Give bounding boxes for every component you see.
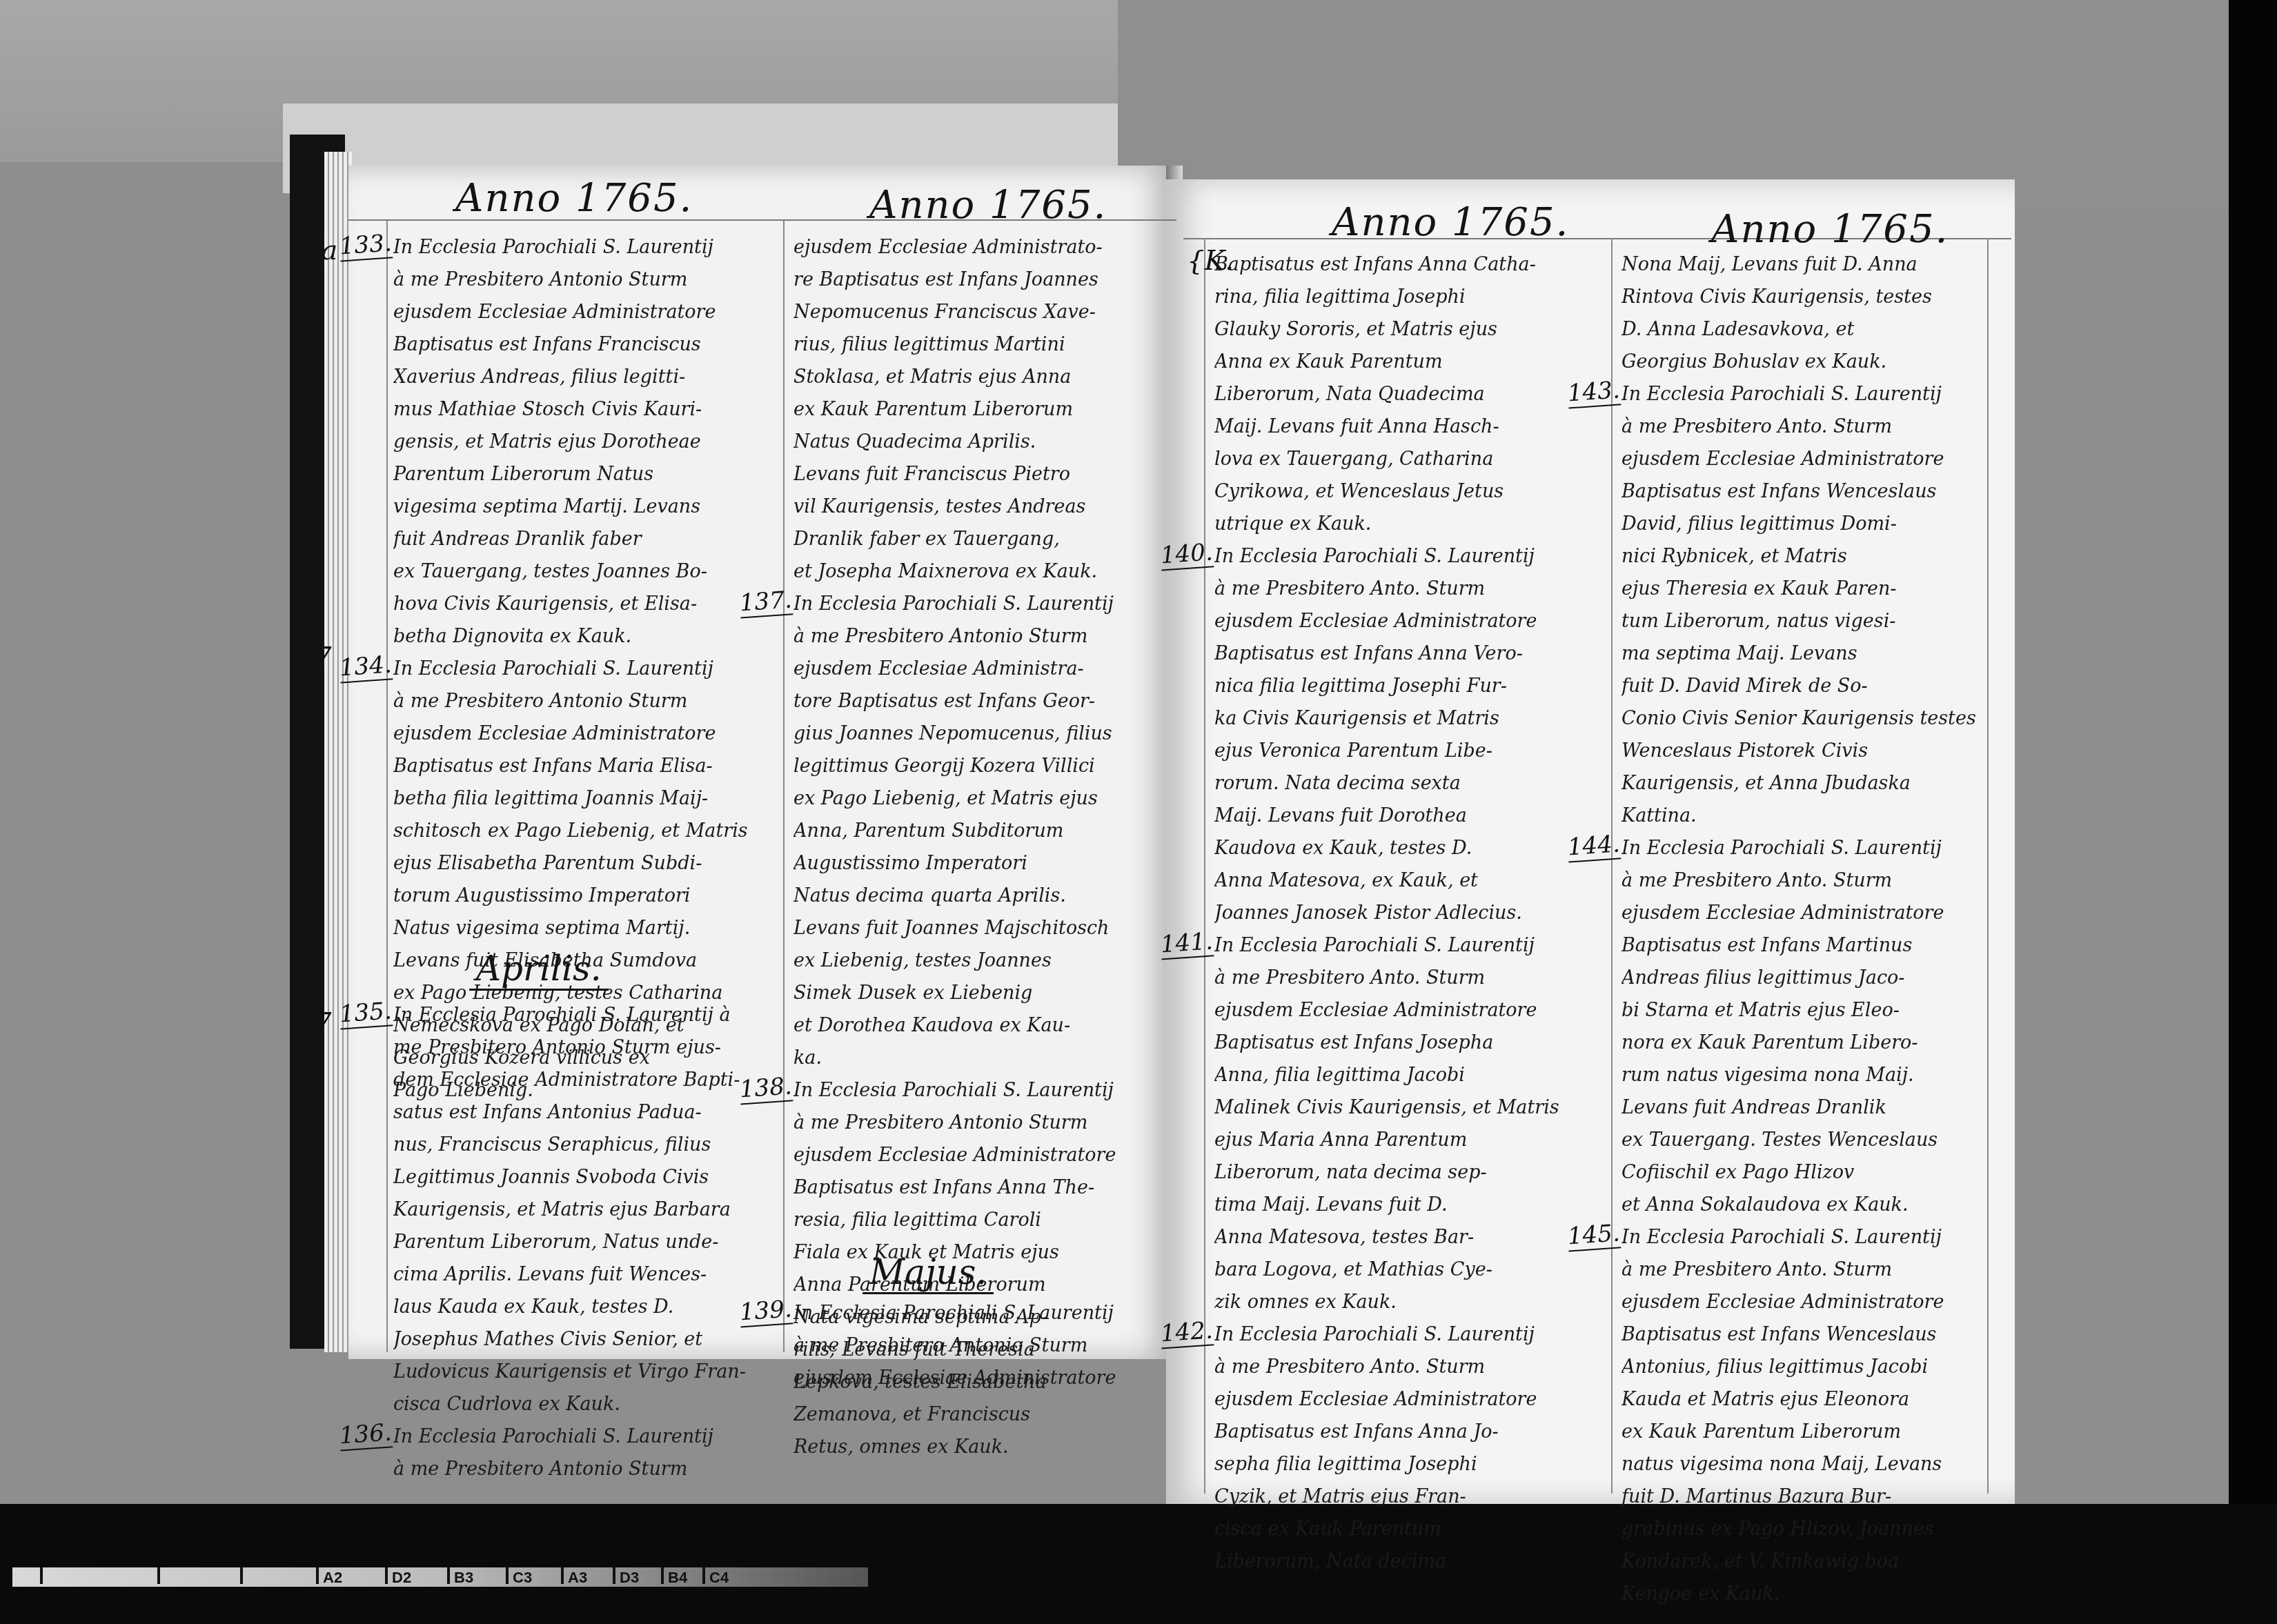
scale-tick bbox=[385, 1567, 388, 1584]
entry-line: Nepomucenus Franciscus Xave- bbox=[793, 296, 1166, 328]
entry-number: 142. bbox=[1160, 1316, 1214, 1349]
entry-line: ex Kauk Parentum Liberorum bbox=[793, 393, 1166, 426]
entry-number: 140. bbox=[1160, 538, 1214, 571]
entry-line: ma septima Maij. Levans bbox=[1621, 637, 1984, 670]
entry-line: ex Tauergang, testes Joannes Bo- bbox=[393, 555, 776, 588]
scale-label: C4 bbox=[709, 1569, 729, 1587]
entry-line: rorum. Nata decima sexta bbox=[1214, 767, 1604, 800]
entry-line: gius Joannes Nepomucenus, filius bbox=[793, 717, 1166, 750]
entry-line: ejus Elisabetha Parentum Subdi- bbox=[393, 847, 776, 880]
entry-line: Anna Matesova, ex Kauk, et bbox=[1214, 864, 1604, 897]
register-entry: 136. In Ecclesia Parochiali S. Laurentij… bbox=[393, 1420, 776, 1485]
left-page-column-2-lower: 139. In Ecclesia Parochiali S. Laurentij… bbox=[793, 1297, 1166, 1394]
entry-line: D. Anna Ladesavkova, et bbox=[1621, 313, 1984, 346]
register-entry: 144. In Ecclesia Parochiali S. Laurentij… bbox=[1621, 832, 1984, 1221]
entry-line: zik omnes ex Kauk. bbox=[1214, 1286, 1604, 1318]
entry-line: betha filia legittima Joannis Maij- bbox=[393, 782, 776, 815]
entry-line: ejusdem Ecclesiae Administrato- bbox=[793, 231, 1166, 264]
entry-line: fuit D. Martinus Bazura Bur- bbox=[1621, 1481, 1984, 1513]
entry-line: Kattina. bbox=[1621, 800, 1984, 832]
entry-number: 139. bbox=[739, 1295, 793, 1327]
entry-line: rina, filia legittima Josephi bbox=[1214, 281, 1604, 313]
entry-line: et Josepha Maixnerova ex Kauk. bbox=[793, 555, 1166, 588]
entry-line: In Ecclesia Parochiali S. Laurentij bbox=[793, 1074, 1166, 1107]
entry-line: dem Ecclesiae Administratore Bapti- bbox=[393, 1064, 776, 1096]
entry-number: 133. bbox=[339, 229, 393, 261]
entry-line: Anna, Parentum Subditorum bbox=[793, 815, 1166, 847]
scan-background-right bbox=[1118, 0, 2277, 207]
entry-line: torum Augustissimo Imperatori bbox=[393, 880, 776, 912]
entry-line: Xaverius Andreas, filius legitti- bbox=[393, 361, 776, 393]
entry-line: Kaurigensis, et Anna Jbudaska bbox=[1621, 767, 1984, 800]
register-entry: 133. In Ecclesia Parochiali S. Laurentij… bbox=[393, 231, 776, 653]
margin-note: 7 bbox=[314, 642, 331, 673]
entry-line: ejusdem Ecclesiae Administratore bbox=[393, 717, 776, 750]
register-entry: Baptisatus est Infans Anna Catha- rina, … bbox=[1214, 248, 1604, 540]
entry-number: 143. bbox=[1567, 376, 1621, 408]
entry-line: re Baptisatus est Infans Joannes bbox=[793, 264, 1166, 296]
entry-line: betha Dignovita ex Kauk. bbox=[393, 620, 776, 653]
entry-line: Baptisatus est Infans Maria Elisa- bbox=[393, 750, 776, 782]
scale-tick bbox=[702, 1567, 705, 1584]
entry-line: In Ecclesia Parochiali S. Laurentij bbox=[793, 1297, 1166, 1329]
entry-line: sepha filia legittima Josephi bbox=[1214, 1448, 1604, 1481]
entry-line: utrique ex Kauk. bbox=[1214, 508, 1604, 540]
month-heading: Aprilis. bbox=[469, 949, 609, 991]
scale-label: D2 bbox=[392, 1569, 411, 1587]
scale-tick bbox=[661, 1567, 664, 1584]
entry-line: à me Presbitero Anto. Sturm bbox=[1214, 573, 1604, 605]
entry-line: ex Pago Liebenig, et Matris ejus bbox=[793, 782, 1166, 815]
entry-line: mus Mathiae Stosch Civis Kauri- bbox=[393, 393, 776, 426]
margin-note: 7 bbox=[314, 1007, 331, 1039]
page-edges bbox=[324, 152, 352, 1352]
entry-line: In Ecclesia Parochiali S. Laurentij bbox=[1621, 1221, 1984, 1254]
entry-line: In Ecclesia Parochiali S. Laurentij bbox=[1214, 929, 1604, 962]
page-heading-year: Anno 1765. bbox=[1332, 200, 1569, 245]
entry-line: vigesima septima Martij. Levans bbox=[393, 491, 776, 523]
entry-line: Stoklasa, et Matris ejus Anna bbox=[793, 361, 1166, 393]
entry-line: Antonius, filius legittimus Jacobi bbox=[1621, 1351, 1984, 1383]
entry-line: gensis, et Matris ejus Dorotheae bbox=[393, 426, 776, 458]
entry-line: Anna ex Kauk Parentum bbox=[1214, 346, 1604, 378]
entry-number: 145. bbox=[1567, 1219, 1621, 1251]
entry-line: cima Aprilis. Levans fuit Wences- bbox=[393, 1258, 776, 1291]
entry-line: à me Presbitero Antonio Sturm bbox=[393, 264, 776, 296]
entry-line: satus est Infans Antonius Padua- bbox=[393, 1096, 776, 1129]
scale-tick bbox=[240, 1567, 243, 1584]
scale-tick bbox=[506, 1567, 509, 1584]
scale-tick bbox=[40, 1567, 43, 1584]
entry-number: 134. bbox=[339, 651, 393, 683]
entry-line: bara Logova, et Mathias Cye- bbox=[1214, 1254, 1604, 1286]
entry-line: Levans fuit Joannes Majschitosch bbox=[793, 912, 1166, 944]
entry-number: 141. bbox=[1160, 927, 1214, 960]
scale-label: D3 bbox=[620, 1569, 639, 1587]
entry-line: ejusdem Ecclesiae Administratore bbox=[1214, 1383, 1604, 1416]
register-entry: 139. In Ecclesia Parochiali S. Laurentij… bbox=[793, 1297, 1166, 1394]
entry-line: ejus Theresia ex Kauk Paren- bbox=[1621, 573, 1984, 605]
entry-line: cisca Cudrlova ex Kauk. bbox=[393, 1388, 776, 1420]
entry-line: ex Tauergang. Testes Wenceslaus bbox=[1621, 1124, 1984, 1156]
entry-line: Kaurigensis, et Matris ejus Barbara bbox=[393, 1194, 776, 1226]
entry-line: Maij. Levans fuit Dorothea bbox=[1214, 800, 1604, 832]
entry-number: 144. bbox=[1567, 830, 1621, 862]
scale-tick bbox=[447, 1567, 450, 1584]
register-entry: 145. In Ecclesia Parochiali S. Laurentij… bbox=[1621, 1221, 1984, 1610]
entry-line: ejus Veronica Parentum Libe- bbox=[1214, 735, 1604, 767]
entry-line: natus vigesima nona Maij, Levans bbox=[1621, 1448, 1984, 1481]
register-entry: 140. In Ecclesia Parochiali S. Laurentij… bbox=[1214, 540, 1604, 929]
entry-line: ka. bbox=[793, 1042, 1166, 1074]
entry-line: Baptisatus est Infans Josepha bbox=[1214, 1027, 1604, 1059]
entry-line: Anna Matesova, testes Bar- bbox=[1214, 1221, 1604, 1254]
microfilm-scale-strip: A2 D2 B3 C3 A3 D3 B4 C4 bbox=[12, 1567, 868, 1587]
entry-line: Malinek Civis Kaurigensis, et Matris bbox=[1214, 1091, 1604, 1124]
column-rule bbox=[783, 221, 785, 1352]
column-rule bbox=[386, 221, 388, 1352]
entry-line: In Ecclesia Parochiali S. Laurentij bbox=[1621, 378, 1984, 410]
entry-line: Kaudova ex Kauk, testes D. bbox=[1214, 832, 1604, 864]
entry-line: Josephus Mathes Civis Senior, et bbox=[393, 1323, 776, 1356]
register-entry: 141. In Ecclesia Parochiali S. Laurentij… bbox=[1214, 929, 1604, 1318]
page-heading-year: Anno 1765. bbox=[455, 176, 693, 221]
entry-line: resia, filia legittima Caroli bbox=[793, 1204, 1166, 1236]
entry-line: Natus decima quarta Aprilis. bbox=[793, 880, 1166, 912]
entry-line: ejusdem Ecclesiae Administratore bbox=[393, 296, 776, 328]
entry-line: à me Presbitero Anto. Sturm bbox=[1214, 1351, 1604, 1383]
column-rule bbox=[1204, 238, 1205, 1494]
entry-line: nici Rybnicek, et Matris bbox=[1621, 540, 1984, 573]
entry-line: In Ecclesia Parochiali S. Laurentij bbox=[1214, 540, 1604, 573]
entry-line: Liberorum, Nata decima bbox=[1214, 1545, 1604, 1578]
entry-line: à me Presbitero Anto. Sturm bbox=[1621, 864, 1984, 897]
entry-line: laus Kauda ex Kauk, testes D. bbox=[393, 1291, 776, 1323]
entry-line: nora ex Kauk Parentum Libero- bbox=[1621, 1027, 1984, 1059]
entry-line: à me Presbitero Anto. Sturm bbox=[1621, 1254, 1984, 1286]
entry-line: ejusdem Ecclesiae Administratore bbox=[793, 1362, 1166, 1394]
entry-line: Zemanova, et Franciscus bbox=[793, 1398, 1166, 1431]
film-border-right bbox=[2229, 0, 2277, 1559]
right-page-column-2: Nona Maij, Levans fuit D. Anna Rintova C… bbox=[1621, 248, 1984, 1610]
entry-line: Natus Quadecima Aprilis. bbox=[793, 426, 1166, 458]
entry-line: Kengoe ex Kauk. bbox=[1621, 1578, 1984, 1610]
entry-line: cisca ex Kauk Parentum bbox=[1214, 1513, 1604, 1545]
entry-line: legittimus Georgij Kozera Villici bbox=[793, 750, 1166, 782]
page-heading-year: Anno 1765. bbox=[869, 183, 1107, 228]
entry-line: hova Civis Kaurigensis, et Elisa- bbox=[393, 588, 776, 620]
entry-line: ejus Maria Anna Parentum bbox=[1214, 1124, 1604, 1156]
entry-line: Baptisatus est Infans Wenceslaus bbox=[1621, 475, 1984, 508]
entry-line: In Ecclesia Parochiali S. Laurentij bbox=[393, 231, 776, 264]
entry-line: ex Liebenig, testes Joannes bbox=[793, 944, 1166, 977]
entry-line: fuit Andreas Dranlik faber bbox=[393, 523, 776, 555]
entry-line: Simek Dusek ex Liebenig bbox=[793, 977, 1166, 1009]
entry-line: à me Presbitero Antonio Sturm bbox=[793, 1107, 1166, 1139]
entry-line: In Ecclesia Parochiali S. Laurentij bbox=[393, 653, 776, 685]
entry-line: bi Starna et Matris ejus Eleo- bbox=[1621, 994, 1984, 1027]
entry-line: rius, filius legittimus Martini bbox=[793, 328, 1166, 361]
entry-line: tum Liberorum, natus vigesi- bbox=[1621, 605, 1984, 637]
entry-line: fuit D. David Mirek de So- bbox=[1621, 670, 1984, 702]
entry-line: Legittimus Joannis Svoboda Civis bbox=[393, 1161, 776, 1194]
entry-line: In Ecclesia Parochiali S. Laurentij à bbox=[393, 999, 776, 1031]
entry-line: In Ecclesia Parochiali S. Laurentij bbox=[1214, 1318, 1604, 1351]
entry-line: Levans fuit Franciscus Pietro bbox=[793, 458, 1166, 491]
entry-line: et Anna Sokalaudova ex Kauk. bbox=[1621, 1189, 1984, 1221]
entry-line: tima Maij. Levans fuit D. bbox=[1214, 1189, 1604, 1221]
entry-line: nus, Franciscus Seraphicus, filius bbox=[393, 1129, 776, 1161]
entry-line: tore Baptisatus est Infans Geor- bbox=[793, 685, 1166, 717]
entry-line: Glauky Sororis, et Matris ejus bbox=[1214, 313, 1604, 346]
entry-line: David, filius legittimus Domi- bbox=[1621, 508, 1984, 540]
entry-line: Wenceslaus Pistorek Civis bbox=[1621, 735, 1984, 767]
scale-label: C3 bbox=[513, 1569, 532, 1587]
scale-label: A2 bbox=[323, 1569, 342, 1587]
register-entry: 137. In Ecclesia Parochiali S. Laurentij… bbox=[793, 588, 1166, 1074]
entry-number: 138. bbox=[739, 1072, 793, 1105]
scale-tick bbox=[157, 1567, 160, 1584]
entry-line: Andreas filius legittimus Jaco- bbox=[1621, 962, 1984, 994]
entry-line: et Dorothea Kaudova ex Kau- bbox=[793, 1009, 1166, 1042]
entry-line: à me Presbitero Antonio Sturm bbox=[793, 620, 1166, 653]
left-page-column-1-lower: 135. In Ecclesia Parochiali S. Laurentij… bbox=[393, 999, 776, 1485]
entry-line: Levans fuit Andreas Dranlik bbox=[1621, 1091, 1984, 1124]
entry-line: Anna, filia legittima Jacobi bbox=[1214, 1059, 1604, 1091]
entry-line: à me Presbitero Antonio Sturm bbox=[393, 1453, 776, 1485]
entry-line: Baptisatus est Infans Anna Catha- bbox=[1214, 248, 1604, 281]
entry-line: rum natus vigesima nona Maij. bbox=[1621, 1059, 1984, 1091]
entry-line: Liberorum, nata decima sep- bbox=[1214, 1156, 1604, 1189]
entry-line: Cyzik, et Matris ejus Fran- bbox=[1214, 1481, 1604, 1513]
entry-number: 135. bbox=[339, 997, 393, 1029]
entry-line: ka Civis Kaurigensis et Matris bbox=[1214, 702, 1604, 735]
entry-line: Cofiischil ex Pago Hlizov bbox=[1621, 1156, 1984, 1189]
entry-line: à me Presbitero Antonio Sturm bbox=[393, 685, 776, 717]
entry-line: In Ecclesia Parochiali S. Laurentij bbox=[393, 1420, 776, 1453]
entry-line: Baptisatus est Infans Franciscus bbox=[393, 328, 776, 361]
entry-line: Baptisatus est Infans Wenceslaus bbox=[1621, 1318, 1984, 1351]
scale-label: A3 bbox=[568, 1569, 587, 1587]
entry-line: Kauda et Matris ejus Eleonora bbox=[1621, 1383, 1984, 1416]
entry-line: ejusdem Ecclesiae Administratore bbox=[1214, 994, 1604, 1027]
scale-tick bbox=[561, 1567, 564, 1584]
register-entry: ejusdem Ecclesiae Administrato- re Bapti… bbox=[793, 231, 1166, 588]
entry-line: Nona Maij, Levans fuit D. Anna bbox=[1621, 248, 1984, 281]
entry-line: Georgius Bohuslav ex Kauk. bbox=[1621, 346, 1984, 378]
register-entry: 143. In Ecclesia Parochiali S. Laurentij… bbox=[1621, 378, 1984, 832]
entry-line: ejusdem Ecclesiae Administratore bbox=[793, 1139, 1166, 1171]
entry-line: Natus vigesima septima Martij. bbox=[393, 912, 776, 944]
entry-line: Dranlik faber ex Tauergang, bbox=[793, 523, 1166, 555]
entry-line: nica filia legittima Josephi Fur- bbox=[1214, 670, 1604, 702]
entry-line: In Ecclesia Parochiali S. Laurentij bbox=[1621, 832, 1984, 864]
entry-line: Baptisatus est Infans Martinus bbox=[1621, 929, 1984, 962]
entry-line: lova ex Tauergang, Catharina bbox=[1214, 443, 1604, 475]
entry-number: 137. bbox=[739, 586, 793, 618]
month-heading: Majus. bbox=[862, 1252, 994, 1294]
column-rule bbox=[1987, 238, 1989, 1494]
entry-line: Parentum Liberorum, Natus unde- bbox=[393, 1226, 776, 1258]
entry-line: me Presbitero Antonio Sturm ejus- bbox=[393, 1031, 776, 1064]
entry-line: vil Kaurigensis, testes Andreas bbox=[793, 491, 1166, 523]
entry-line: à me Presbitero Anto. Sturm bbox=[1214, 962, 1604, 994]
margin-note: 7a bbox=[304, 235, 337, 266]
entry-line: Conio Civis Senior Kaurigensis testes bbox=[1621, 702, 1984, 735]
entry-line: Rintova Civis Kaurigensis, testes bbox=[1621, 281, 1984, 313]
entry-line: Augustissimo Imperatori bbox=[793, 847, 1166, 880]
scale-label: B4 bbox=[668, 1569, 687, 1587]
entry-number: 136. bbox=[339, 1418, 393, 1451]
entry-line: ejusdem Ecclesiae Administratore bbox=[1621, 897, 1984, 929]
entry-line: Ludovicus Kaurigensis et Virgo Fran- bbox=[393, 1356, 776, 1388]
register-entry: 142. In Ecclesia Parochiali S. Laurentij… bbox=[1214, 1318, 1604, 1578]
entry-line: Liberorum, Nata Quadecima bbox=[1214, 378, 1604, 410]
entry-line: Baptisatus est Infans Anna Jo- bbox=[1214, 1416, 1604, 1448]
entry-line: ex Kauk Parentum Liberorum bbox=[1621, 1416, 1984, 1448]
entry-line: à me Presbitero Antonio Sturm bbox=[793, 1329, 1166, 1362]
entry-line: Parentum Liberorum Natus bbox=[393, 458, 776, 491]
entry-line: Retus, omnes ex Kauk. bbox=[793, 1431, 1166, 1463]
entry-line: In Ecclesia Parochiali S. Laurentij bbox=[793, 588, 1166, 620]
entry-line: ejusdem Ecclesiae Administratore bbox=[1214, 605, 1604, 637]
entry-line: Maij. Levans fuit Anna Hasch- bbox=[1214, 410, 1604, 443]
register-entry: 135. In Ecclesia Parochiali S. Laurentij… bbox=[393, 999, 776, 1420]
entry-line: Cyrikowa, et Wenceslaus Jetus bbox=[1214, 475, 1604, 508]
entry-line: ejusdem Ecclesiae Administratore bbox=[1621, 1286, 1984, 1318]
scale-tick bbox=[316, 1567, 319, 1584]
entry-line: Baptisatus est Infans Anna Vero- bbox=[1214, 637, 1604, 670]
scale-label: B3 bbox=[454, 1569, 473, 1587]
scale-tick bbox=[613, 1567, 615, 1584]
entry-line: à me Presbitero Anto. Sturm bbox=[1621, 410, 1984, 443]
entry-line: schitosch ex Pago Liebenig, et Matris bbox=[393, 815, 776, 847]
register-entry: Nona Maij, Levans fuit D. Anna Rintova C… bbox=[1621, 248, 1984, 378]
entry-line: Baptisatus est Infans Anna The- bbox=[793, 1171, 1166, 1204]
entry-line: Joannes Janosek Pistor Adlecius. bbox=[1214, 897, 1604, 929]
column-rule bbox=[1611, 238, 1613, 1494]
right-page-column-1: Baptisatus est Infans Anna Catha- rina, … bbox=[1214, 248, 1604, 1578]
entry-line: Kondarek, et V. Kinkawig boa bbox=[1621, 1545, 1984, 1578]
page-heading-year: Anno 1765. bbox=[1711, 207, 1949, 252]
entry-line: ejusdem Ecclesiae Administratore bbox=[1621, 443, 1984, 475]
entry-line: ejusdem Ecclesiae Administra- bbox=[793, 653, 1166, 685]
entry-line: grabinus ex Pago Hlizov, Joannes bbox=[1621, 1513, 1984, 1545]
